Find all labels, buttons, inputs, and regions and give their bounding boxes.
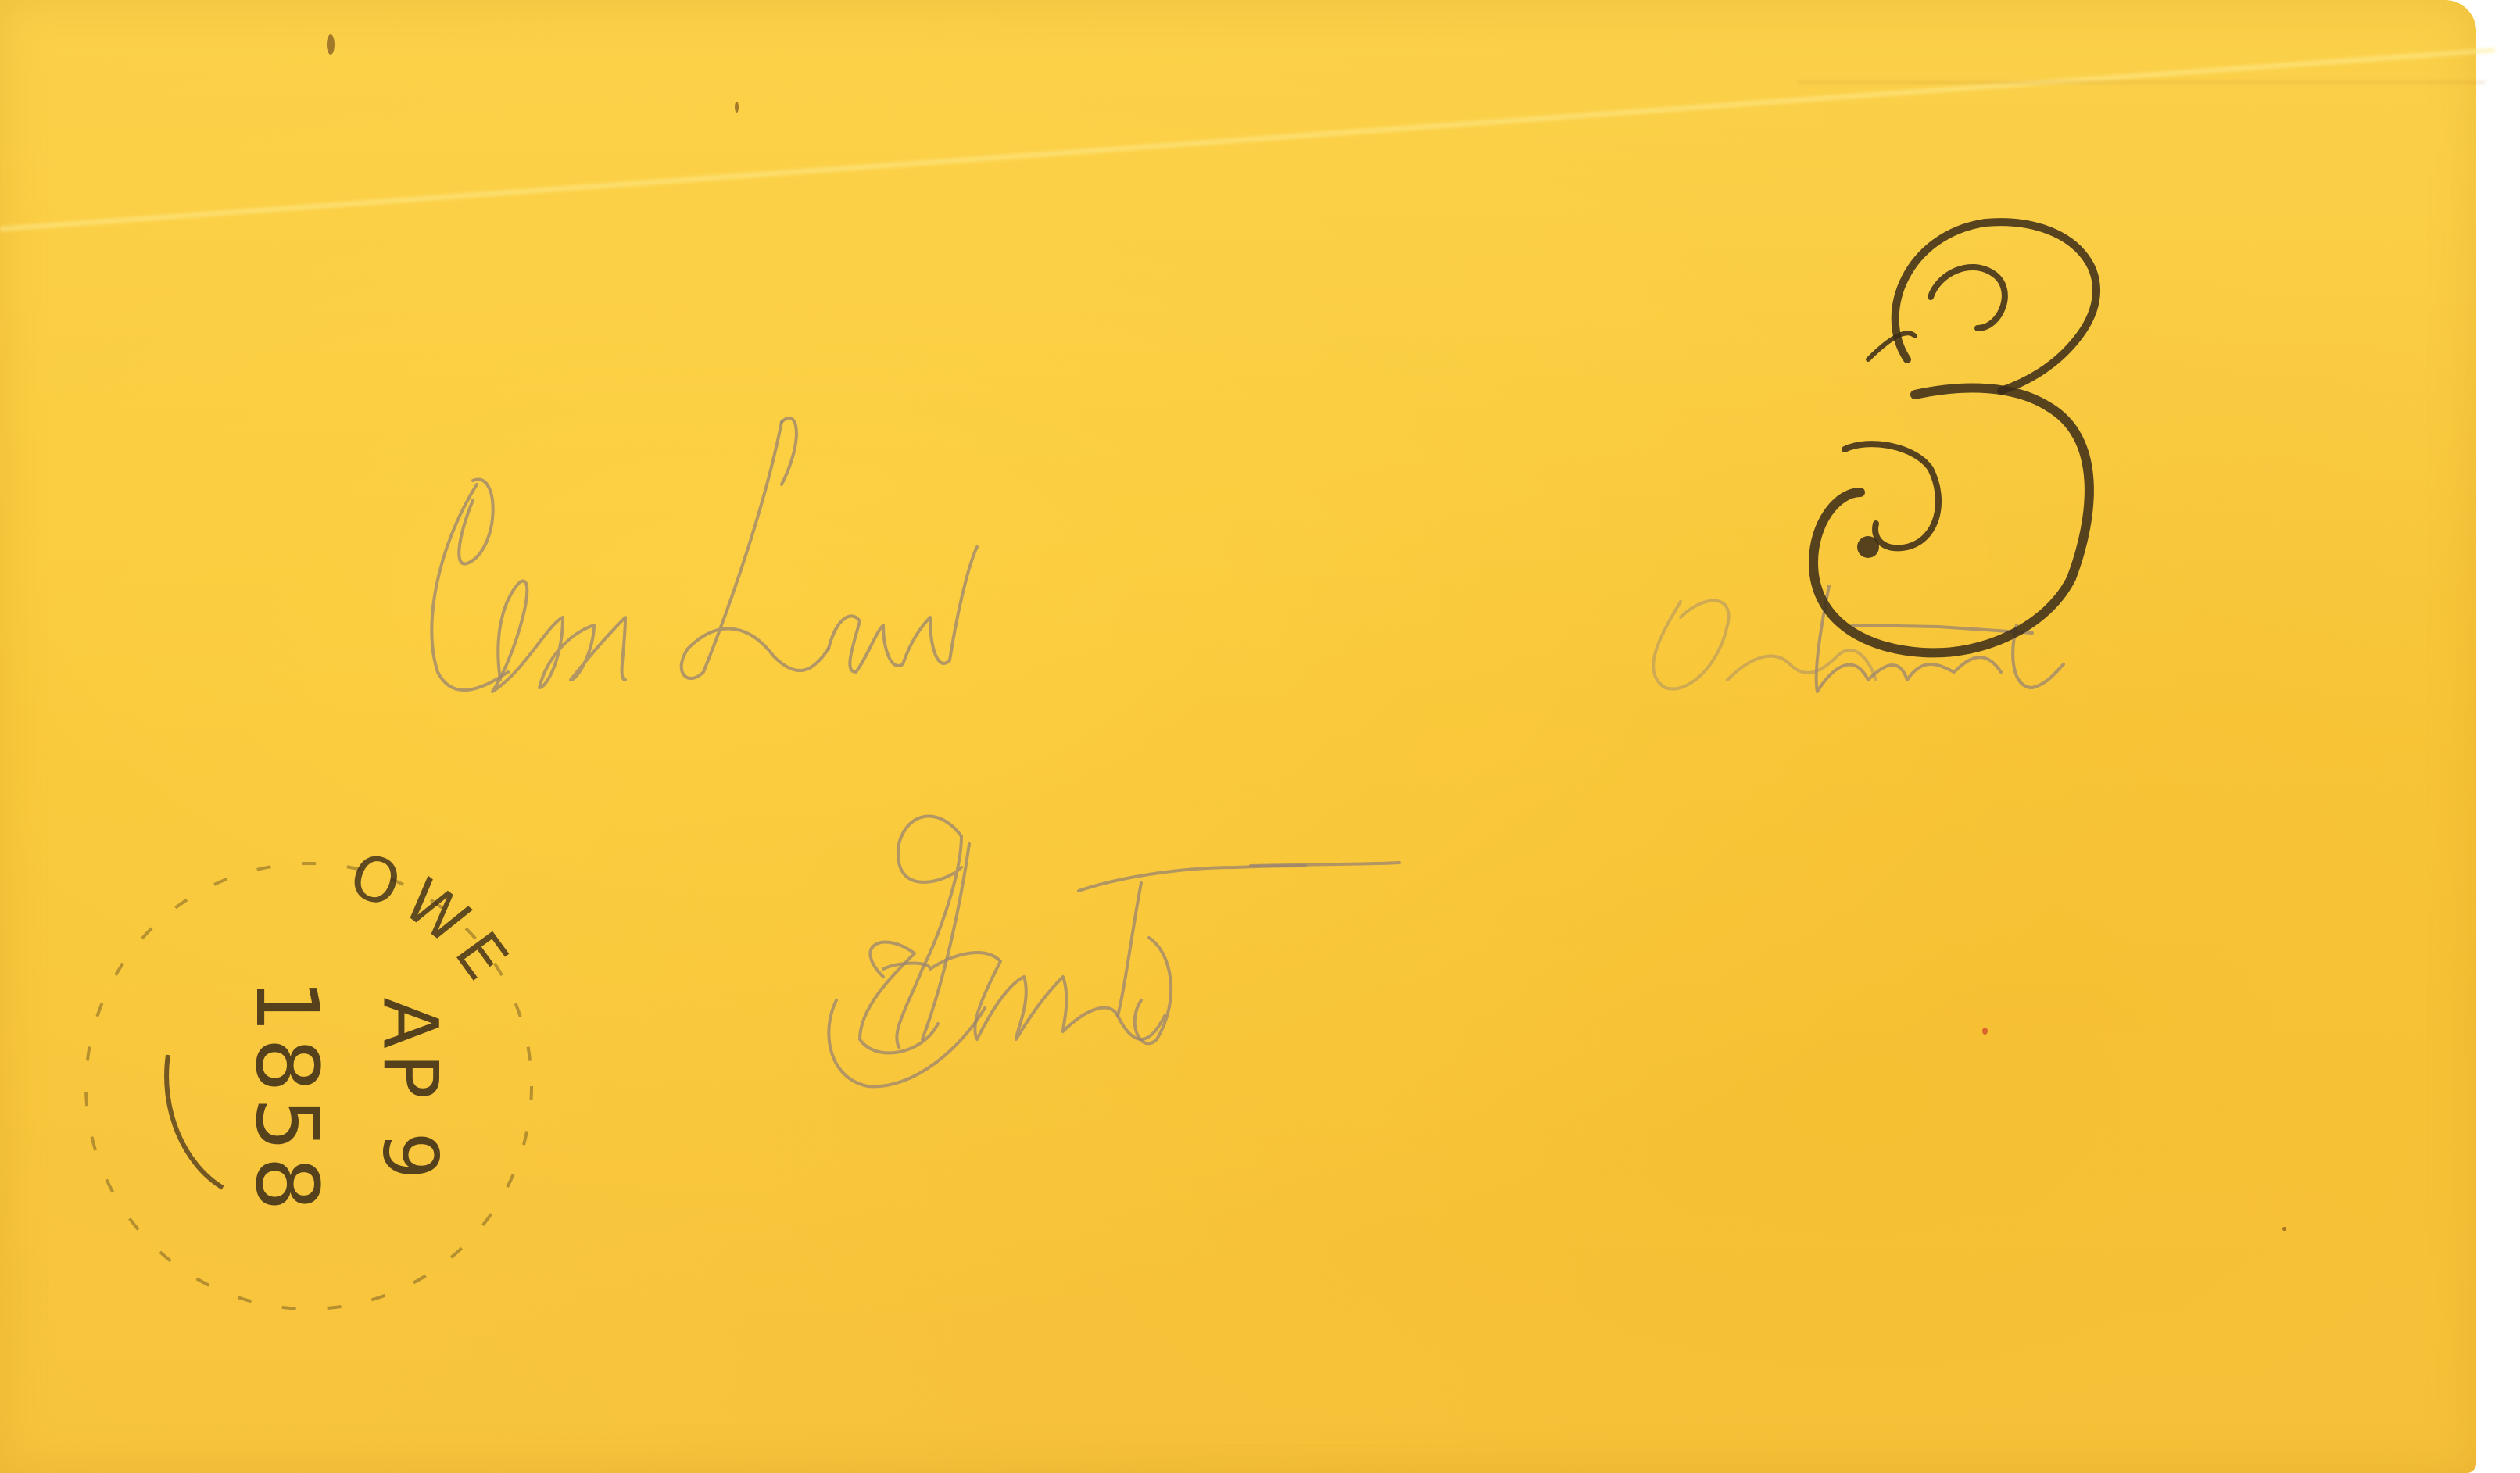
circular-datestamp: OWE 1858 AP 9 [74,852,543,1321]
paper-speck [2282,1227,2286,1231]
postmark-date: AP 9 [367,997,454,1184]
postmark-year: 1858 [237,978,337,1216]
paper-speck [735,102,739,113]
top-fold-crease [1798,81,2486,84]
paper-speck [1982,1028,1988,1035]
fold-crease [0,48,2495,231]
postmark-town-partial: OWE [341,852,525,999]
paper-speck [327,34,335,55]
